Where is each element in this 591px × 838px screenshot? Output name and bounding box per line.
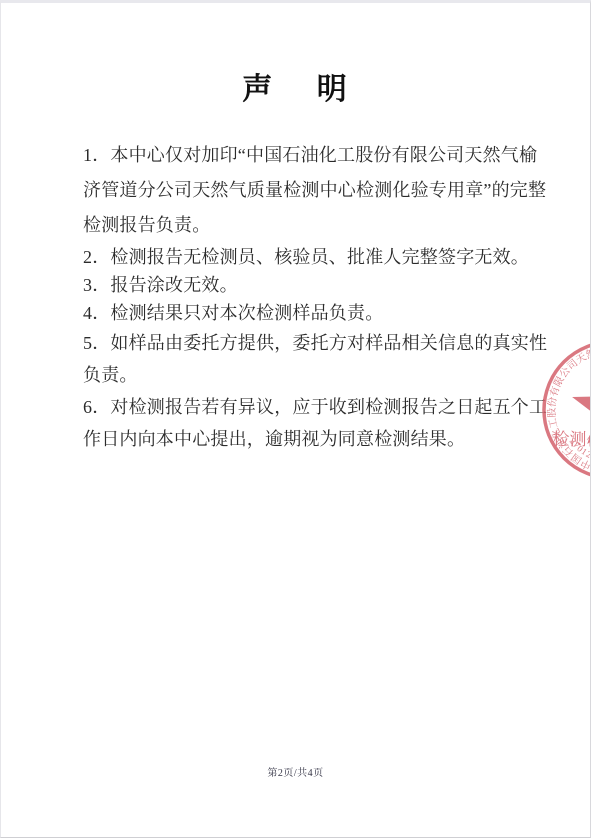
statement-line: 负责。 bbox=[83, 359, 564, 391]
statement-item-3: 3．报告涂改无效。 bbox=[83, 271, 564, 299]
statement-line: 检测报告负责。 bbox=[83, 208, 564, 243]
statement-item-6: 6．对检测报告若有异议，应于收到检测报告之日起五个工 作日内向本中心提出，逾期视… bbox=[83, 391, 564, 455]
statement-line: 5．如样品由委托方提供，委托方对样品相关信息的真实性 bbox=[83, 327, 564, 359]
statement-line: 济管道分公司天然气质量检测中心检测化验专用章”的完整 bbox=[83, 173, 564, 208]
statement-line: 4．检测结果只对本次检测样品负责。 bbox=[83, 299, 564, 327]
report-declaration-page: 声 明 1．本中心仅对加印“中国石油化工股份有限公司天然气榆 济管道分公司天然气… bbox=[0, 0, 591, 838]
statement-line: 作日内向本中心提出，逾期视为同意检测结果。 bbox=[83, 423, 564, 455]
statement-item-5: 5．如样品由委托方提供，委托方对样品相关信息的真实性 负责。 bbox=[83, 327, 564, 391]
statement-item-4: 4．检测结果只对本次检测样品负责。 bbox=[83, 299, 564, 327]
statement-line: 2．检测报告无检测员、核验员、批准人完整签字无效。 bbox=[83, 243, 564, 271]
statement-item-2: 2．检测报告无检测员、核验员、批准人完整签字无效。 bbox=[83, 243, 564, 271]
page-title: 声 明 bbox=[1, 3, 590, 109]
statement-line: 6．对检测报告若有异议，应于收到检测报告之日起五个工 bbox=[83, 391, 564, 423]
statement-item-1: 1．本中心仅对加印“中国石油化工股份有限公司天然气榆 济管道分公司天然气质量检测… bbox=[83, 138, 564, 243]
statement-list: 1．本中心仅对加印“中国石油化工股份有限公司天然气榆 济管道分公司天然气质量检测… bbox=[83, 138, 564, 455]
statement-line: 1．本中心仅对加印“中国石油化工股份有限公司天然气榆 bbox=[83, 138, 564, 173]
page-number: 第2页/共4页 bbox=[1, 764, 590, 779]
statement-line: 3．报告涂改无效。 bbox=[83, 271, 564, 299]
star-icon bbox=[572, 368, 591, 444]
seal-serial-number: 3701207 bbox=[567, 436, 591, 464]
